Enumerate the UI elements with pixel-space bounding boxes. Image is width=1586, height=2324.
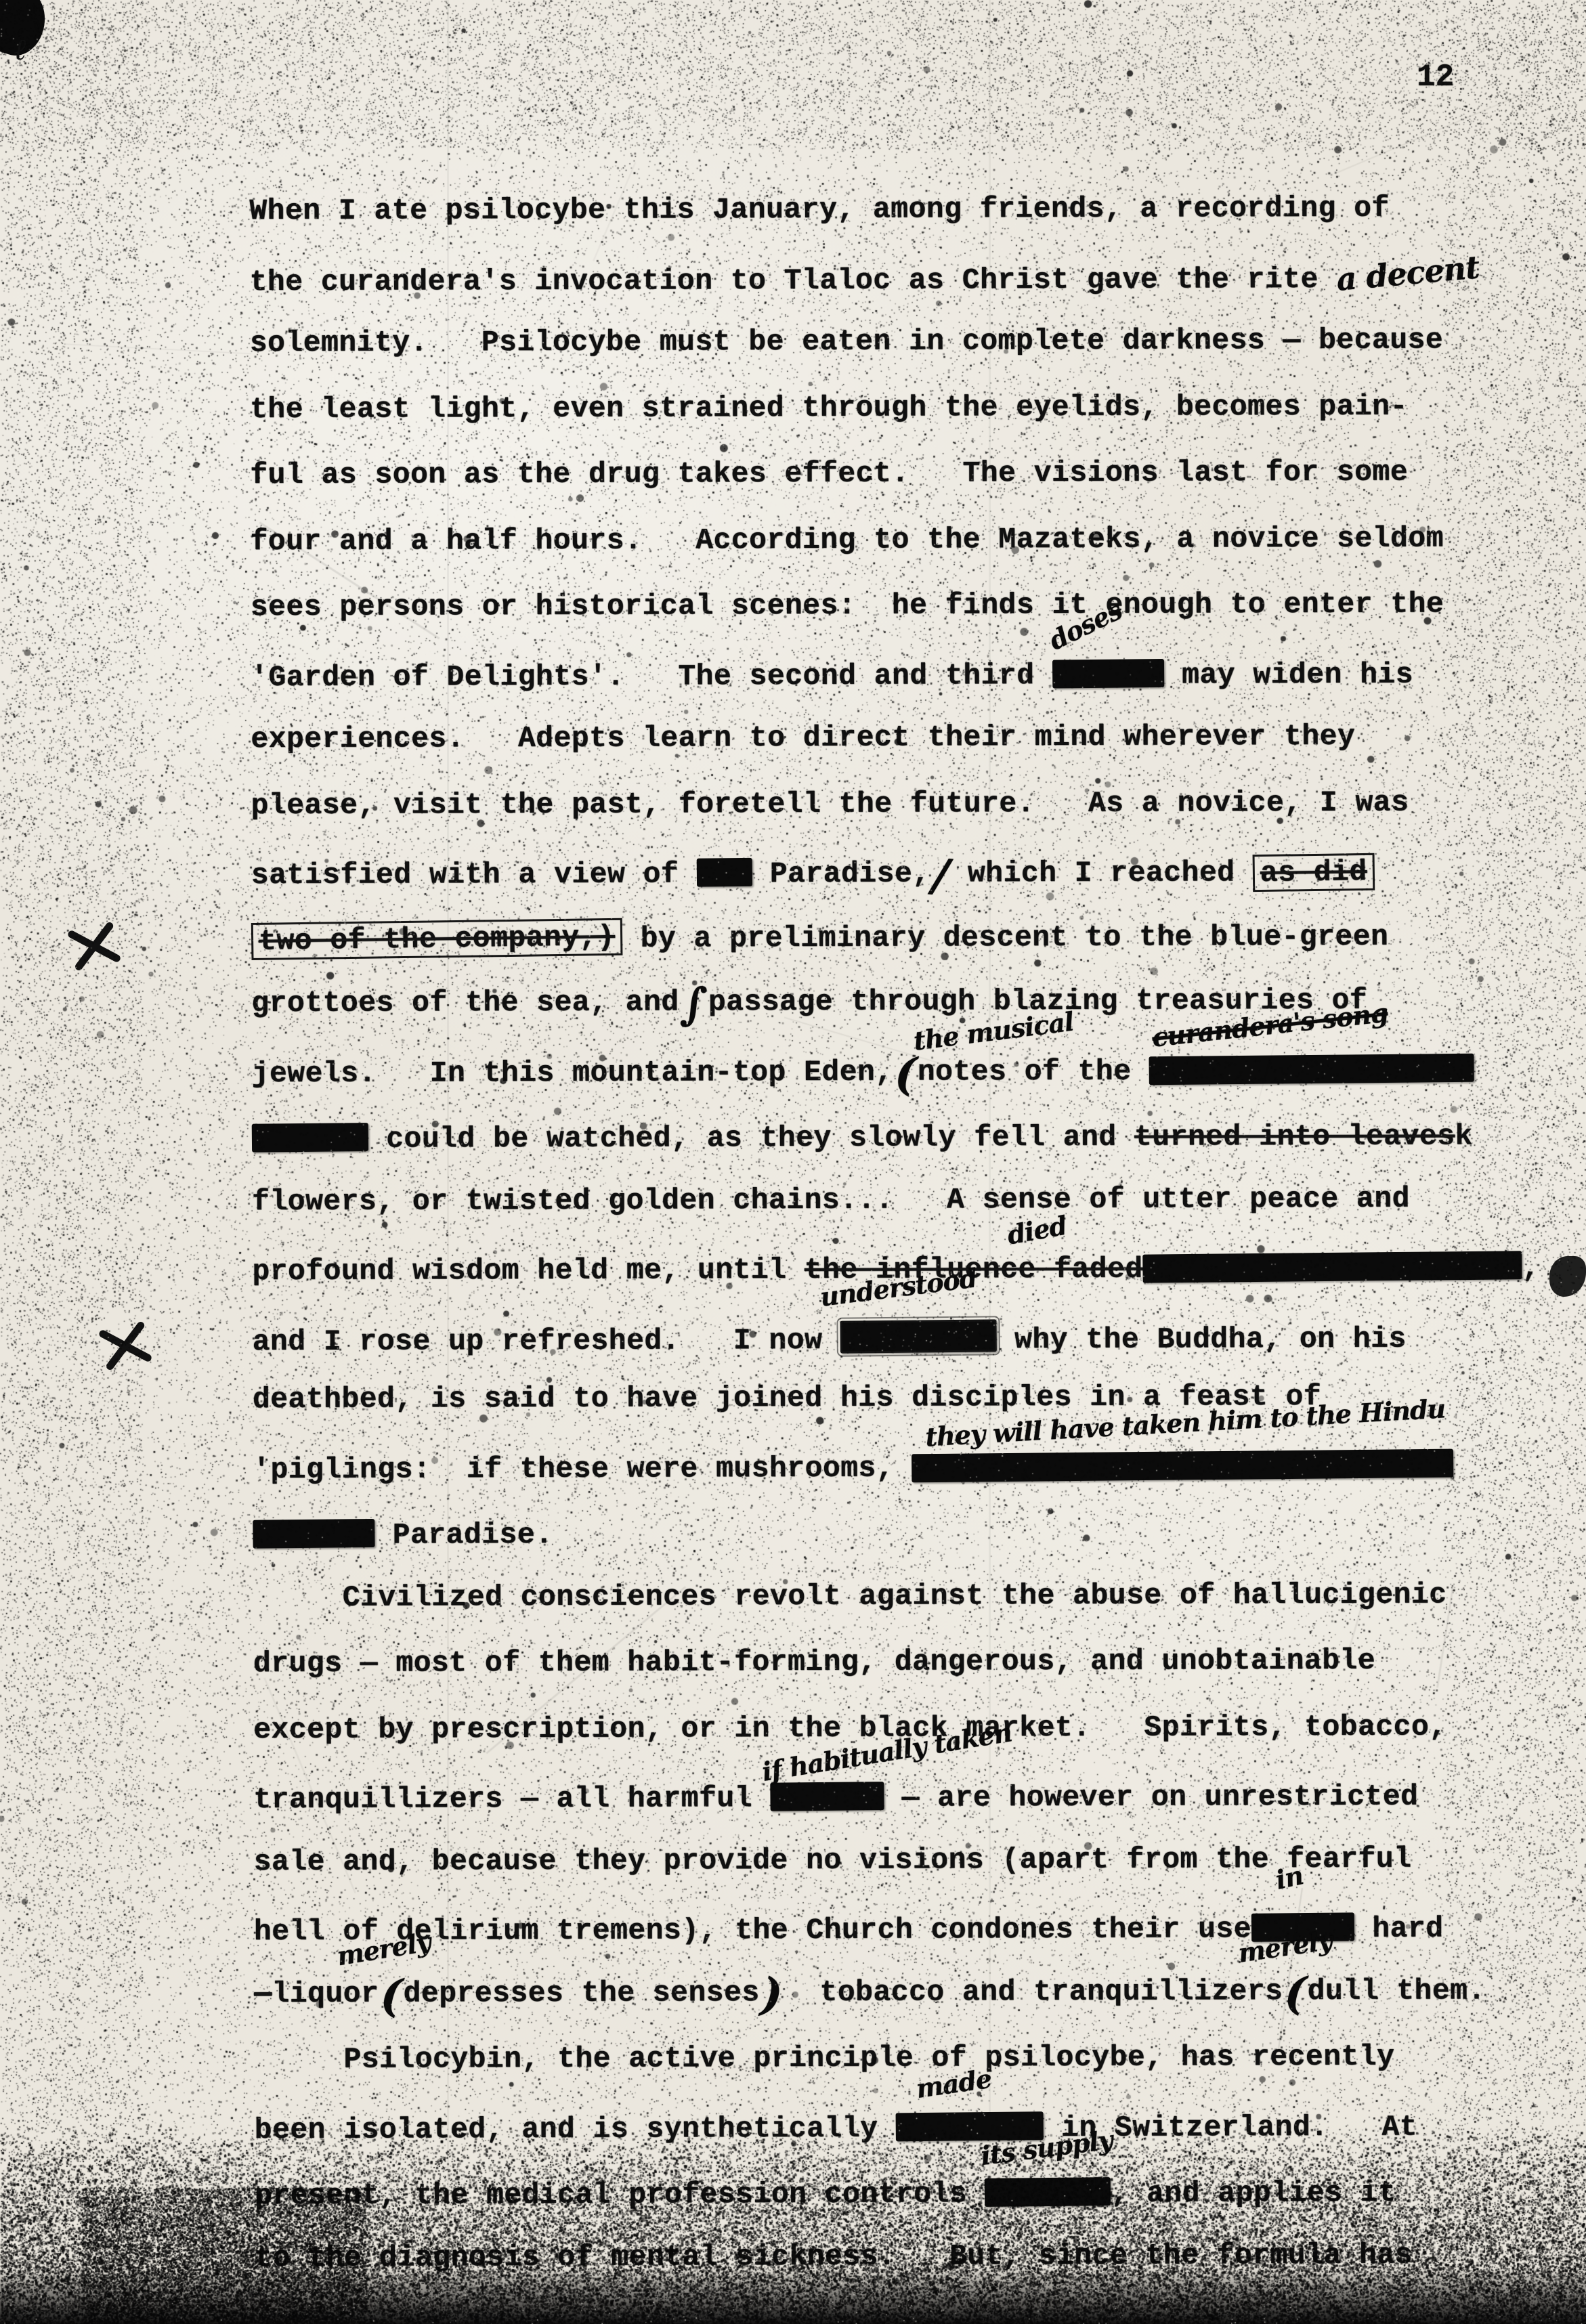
redaction-bar xyxy=(1149,1053,1474,1085)
annotated-segment: they will have taken him to the Hindu xyxy=(912,1446,1453,1484)
struck-text: — xyxy=(254,1977,272,2010)
typed-text: could be watched, as they slowly fell an… xyxy=(368,1121,1134,1156)
typed-line: 'piglings: if these were mushrooms, they… xyxy=(253,1446,1453,1486)
boxed-deleted-text: two of the company,) xyxy=(251,918,623,960)
caret-mark: ∫ xyxy=(679,1003,708,1005)
redaction-bar xyxy=(912,1448,1453,1482)
typed-text: tranquillizers — all harmful xyxy=(253,1782,770,1816)
typed-line: 'Garden of Delights'. The second and thi… xyxy=(251,653,1413,693)
typed-line: When I ate psilocybe this January, among… xyxy=(249,192,1390,228)
typed-line: Paradise. xyxy=(253,1514,553,1552)
scanned-page: 12 When I ate psilocybe this January, am… xyxy=(0,0,1586,2324)
caret-mark: ( xyxy=(379,1994,403,1996)
typed-text: grottoes of the sea, and xyxy=(251,985,679,1020)
typed-line: four and a half hours. According to the … xyxy=(251,521,1444,558)
typed-line: satisfied with a view of Paradise,/ whic… xyxy=(251,852,1375,894)
typed-line: could be watched, as they slowly fell an… xyxy=(252,1115,1473,1156)
typed-text: notes of the xyxy=(918,1054,1149,1088)
redaction-bar xyxy=(1142,1251,1522,1283)
typed-text: drugs — most of them habit-forming, dang… xyxy=(253,1644,1375,1680)
typed-text: present, the medical profession controls xyxy=(255,2177,985,2212)
typed-line: grottoes of the sea, and∫passage through… xyxy=(251,984,1367,1020)
caret-mark: / xyxy=(930,874,950,876)
struck-text: turned into leaves xyxy=(1134,1119,1455,1153)
typed-text: , and applies it xyxy=(1111,2176,1396,2210)
redaction-bar xyxy=(985,2177,1111,2207)
typed-line: tranquillizers — all harmful if habitual… xyxy=(253,1776,1418,1817)
typed-text: experiences. Adepts learn to direct thei… xyxy=(251,720,1355,756)
typed-line: sale and, because they provide no vision… xyxy=(254,1842,1412,1878)
typed-text: the curandera's invocation to Tlaloc as … xyxy=(250,262,1337,298)
typed-line: and I rose up refreshed. I now understoo… xyxy=(253,1314,1407,1358)
typed-text: except by prescription, or in the black … xyxy=(253,1710,1447,1746)
annotated-segment: if habitually taken xyxy=(770,1778,884,1815)
typed-line: jewels. In this mountain-top Eden,(notes… xyxy=(252,1050,1474,1090)
typed-text: k xyxy=(1455,1119,1472,1153)
margin-x-mark xyxy=(64,916,125,976)
typed-text: ful as soon as the drug takes effect. Th… xyxy=(250,456,1408,492)
annotated-segment: (merely xyxy=(1283,1975,1307,2008)
annotated-segment: (merely xyxy=(379,1977,403,2010)
typed-text: been isolated, and is synthetically xyxy=(255,2111,896,2146)
typed-text: the least light, even strained through t… xyxy=(250,389,1408,425)
typed-text: dull them. xyxy=(1308,1974,1486,2008)
typed-line: flowers, or twisted golden chains... A s… xyxy=(252,1182,1410,1218)
typed-text: which I reached xyxy=(950,856,1253,890)
typed-text: why the Buddha, on his xyxy=(997,1322,1407,1356)
annotated-segment: its supply xyxy=(985,2173,1111,2210)
typed-text: profound wisdom held me, until xyxy=(252,1253,805,1288)
typed-text: please, visit the past, foretell the fut… xyxy=(251,786,1409,821)
typed-text-block: When I ate psilocybe this January, among… xyxy=(0,0,1586,2324)
redaction-bar xyxy=(1052,658,1164,688)
annotated-segment: notes of the the musical xyxy=(918,1054,1149,1088)
typed-text: flowers, or twisted golden chains... A s… xyxy=(252,1182,1410,1218)
typed-text: solemnity. Psilocybe must be eaten in co… xyxy=(250,323,1444,360)
typed-text: satisfied with a view of xyxy=(251,857,697,892)
typed-text: 'piglings: if these were mushrooms, xyxy=(253,1451,912,1486)
typed-line: Psilocybin, the active principle of psil… xyxy=(343,2040,1394,2076)
redaction-bar xyxy=(840,1319,996,1353)
typed-line: —liquor(merelydepresses the senses) toba… xyxy=(254,1974,1486,2010)
typed-line: ful as soon as the drug takes effect. Th… xyxy=(250,456,1408,492)
typed-text: sees persons or historical scenes: he fi… xyxy=(251,587,1444,624)
handwritten-note: died xyxy=(1006,1213,1069,1249)
typed-line: except by prescription, or in the black … xyxy=(253,1710,1447,1746)
typed-line: sees persons or historical scenes: he fi… xyxy=(251,587,1444,624)
typed-line: present, the medical profession controls… xyxy=(255,2172,1396,2212)
annotated-segment: doses xyxy=(1052,654,1164,691)
typed-line: solemnity. Psilocybe must be eaten in co… xyxy=(250,323,1444,360)
typed-text: When I ate psilocybe this January, among… xyxy=(249,192,1390,228)
typed-text: jewels. In this mountain-top Eden, xyxy=(252,1055,893,1090)
typed-text: may widen his xyxy=(1164,658,1413,691)
redaction-bar xyxy=(696,858,752,887)
typed-line: been isolated, and is synthetically made… xyxy=(255,2106,1417,2146)
typed-text: liquor xyxy=(272,1977,379,2010)
handwritten-note: in xyxy=(1273,1862,1305,1893)
typed-text: by a preliminary descent to the blue-gre… xyxy=(622,920,1388,955)
typed-text: Psilocybin, the active principle of psil… xyxy=(343,2040,1394,2076)
typed-line: experiences. Adepts learn to direct thei… xyxy=(251,720,1355,756)
caret-mark: ( xyxy=(893,1073,918,1074)
bottom-scan-band xyxy=(0,2267,1586,2324)
typed-text: Paradise, xyxy=(752,857,930,890)
small-ink-mark: ℓ xyxy=(14,33,26,67)
redaction-bar xyxy=(253,1519,374,1549)
margin-x-mark xyxy=(95,1315,156,1376)
typed-text: hard xyxy=(1354,1912,1444,1945)
typed-text: , xyxy=(1522,1251,1540,1285)
redaction-bar xyxy=(770,1782,884,1811)
boxed-deleted-text: as did xyxy=(1252,853,1375,892)
typed-line: please, visit the past, foretell the fut… xyxy=(251,786,1409,821)
typed-text: Civilized consciences revolt against the… xyxy=(343,1578,1447,1614)
caret-mark: ) xyxy=(760,1993,784,1994)
caret-mark: ( xyxy=(1283,1992,1307,1993)
annotated-segment: curandera's song xyxy=(1149,1050,1474,1088)
typed-text: and I rose up refreshed. I now xyxy=(253,1323,840,1358)
typed-text: 'Garden of Delights'. The second and thi… xyxy=(251,658,1052,693)
typed-line: Civilized consciences revolt against the… xyxy=(343,1578,1447,1614)
typed-text: tobacco and tranquillizers xyxy=(784,1975,1283,2009)
typed-text: sale and, because they provide no vision… xyxy=(254,1842,1412,1878)
typed-line: drugs — most of them habit-forming, dang… xyxy=(253,1644,1375,1680)
redaction-bar xyxy=(252,1123,368,1153)
handwritten-note: a decent xyxy=(1335,249,1480,298)
typed-line: two of the company,) by a preliminary de… xyxy=(251,918,1388,957)
typed-text: depresses the senses xyxy=(404,1976,760,2010)
typed-text: four and a half hours. According to the … xyxy=(251,521,1444,558)
typed-text: Paradise. xyxy=(374,1518,553,1552)
annotated-segment: understood xyxy=(840,1315,997,1357)
typed-text: — are however on unrestricted xyxy=(884,1780,1418,1815)
typed-line: the least light, even strained through t… xyxy=(250,389,1408,425)
typed-line: the curandera's invocation to Tlaloc as … xyxy=(250,257,1480,299)
